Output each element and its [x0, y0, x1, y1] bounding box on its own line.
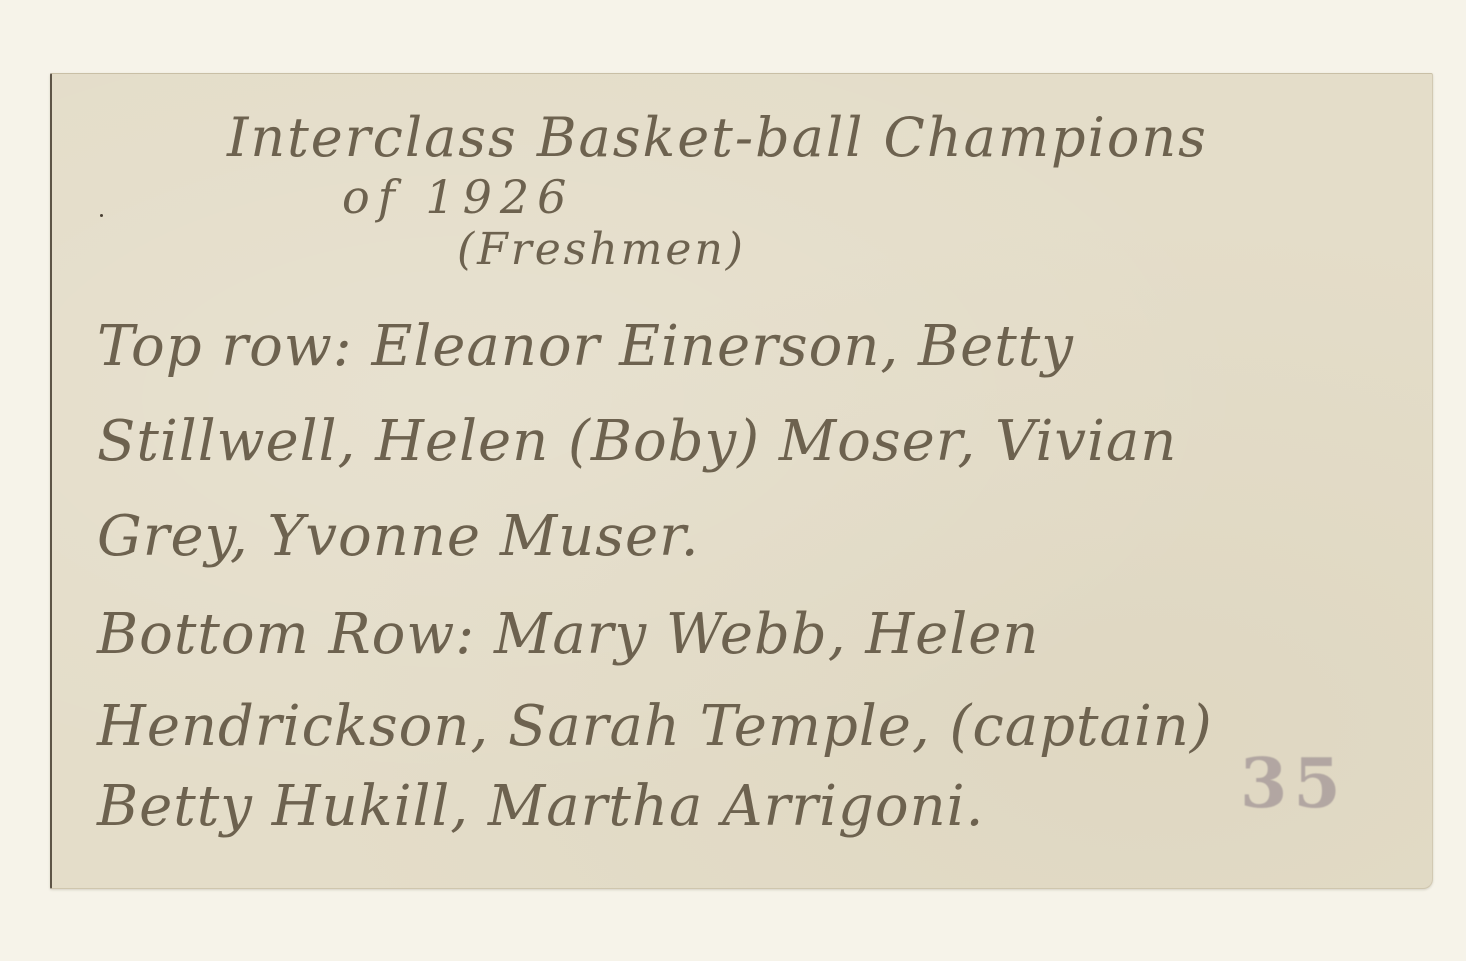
stamped-number: 35 — [1240, 744, 1347, 824]
handwritten-card: Interclass Basket-ball Champions of 1926… — [50, 73, 1433, 889]
card-title: Interclass Basket-ball Champions — [227, 106, 1208, 169]
bottom-row-line-2: Hendrickson, Sarah Temple, (captain) — [97, 694, 1213, 759]
top-row-line-3: Grey, Yvonne Muser. — [97, 504, 700, 569]
bottom-row-line-3: Betty Hukill, Martha Arrigoni. — [97, 774, 984, 839]
top-row-line-1: Top row: Eleanor Einerson, Betty — [97, 314, 1074, 379]
top-row-line-2: Stillwell, Helen (Boby) Moser, Vivian — [97, 409, 1177, 474]
bottom-row-line-1: Bottom Row: Mary Webb, Helen — [97, 602, 1039, 667]
paper-speck — [100, 214, 103, 217]
card-year: of 1926 — [342, 170, 574, 224]
card-class: (Freshmen) — [457, 224, 746, 275]
